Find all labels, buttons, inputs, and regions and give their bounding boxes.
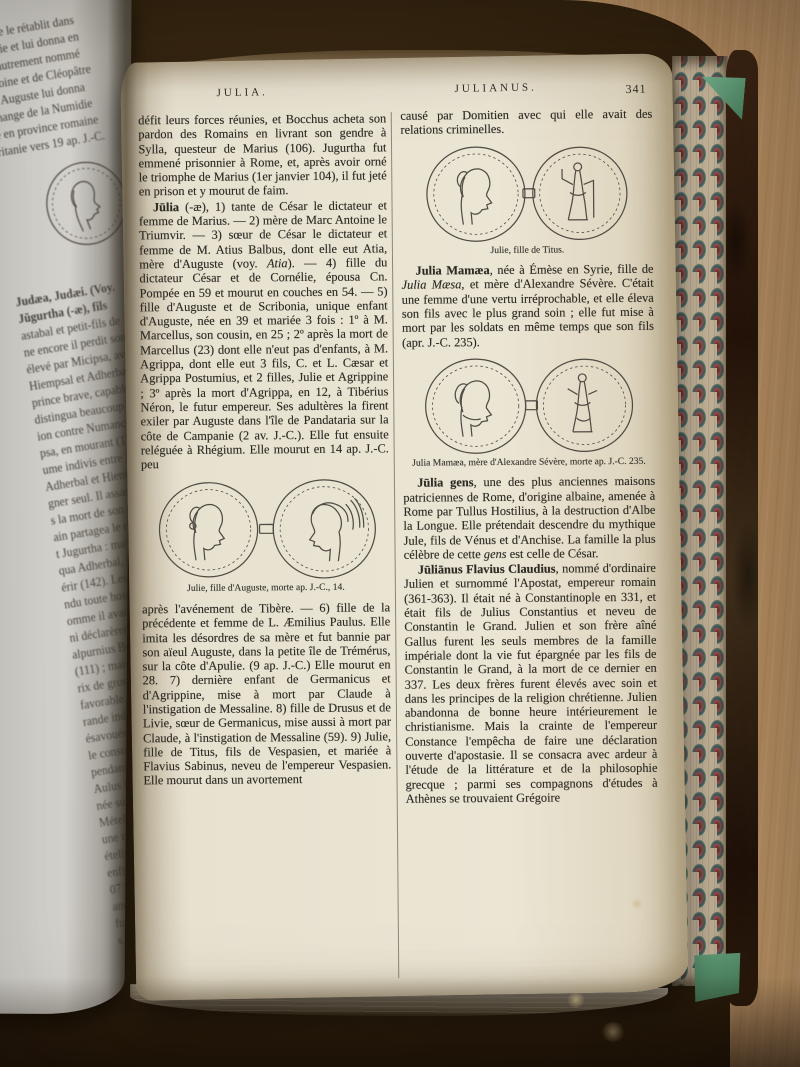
paragraph: après l'avénement de Tibère. — 6) fille … (142, 600, 391, 788)
running-head: JULIA. (216, 86, 268, 99)
left-page-fragments-top: uguste le rétablit dansumidie et lui don… (0, 0, 132, 162)
text-segment: , nommé d'ordinaire Julien et surnommé l… (404, 561, 658, 806)
column-right: causé par Domitien avec qui elle avait d… (400, 107, 657, 807)
coin-pair-mamaea-icon (418, 355, 639, 457)
coin-pair-juba-icon (25, 142, 132, 263)
entry-paragraph-julia: Jūlia (-æ), 1) tante de César le dictate… (139, 198, 389, 472)
text-segment: Julia Mamæa (415, 263, 489, 278)
text-segment: ). — 4) fille du dictateur César et de C… (139, 255, 388, 471)
column-divider (391, 112, 400, 978)
right-page: JULIA. JULIANUS. 341 défit leurs forces … (120, 53, 688, 1000)
coin-pair-julie-titus-icon (420, 143, 635, 245)
text-segment: Atia (267, 256, 288, 270)
text-segment: Jūlia (153, 200, 179, 214)
page-number: 341 (625, 82, 646, 97)
running-head: JULIANUS. (454, 82, 537, 95)
paragraph: défit leurs forces réunies, et Bocchus a… (138, 111, 387, 199)
entry-paragraph-julianus: Jūliānus Flavius Claudius, nommé d'ordin… (404, 561, 658, 806)
entry-paragraph-julia-gens: Jūlia gens, une des plus anciennes maiso… (403, 474, 656, 562)
text-segment: Jūliānus Flavius Claudius (418, 562, 556, 577)
left-page: JUGURTHA. uguste le rétablit dansumidie … (0, 0, 132, 1014)
text-segment: gens (484, 547, 507, 561)
coin-figure-julie-auguste (141, 477, 390, 583)
text-segment: , née à Émèse en Syrie, fille de (490, 262, 654, 277)
figure-caption: Julie, fille de Titus. (407, 243, 647, 256)
book-photo-scene: JUGURTHA. uguste le rétablit dansumidie … (0, 0, 800, 1067)
leather-board-edge (726, 50, 758, 1006)
text-segment: est celle de César. (507, 546, 599, 561)
entry-paragraph-mamaea: Julia Mamæa, née à Émèse en Syrie, fille… (401, 262, 654, 350)
figure-caption: Julia Mamæa, mère d'Alexandre Sévère, mo… (409, 456, 649, 469)
left-page-text: JUGURTHA. uguste le rétablit dansumidie … (0, 0, 132, 949)
text-segment: Julia Mæsa (402, 278, 462, 292)
paragraph: causé par Domitien avec qui elle avait d… (400, 107, 652, 138)
coin-pair-julie-auguste-icon (151, 477, 380, 583)
coin-figure-mamaea (402, 355, 655, 457)
left-page-fragments-bottom: Judæa, Judæi. (Voy.Jŭgurtha (-æ), filsas… (14, 263, 131, 950)
column-left: défit leurs forces réunies, et Bocchus a… (138, 111, 391, 789)
coin-figure-julie-titus (401, 142, 654, 244)
figure-caption: Julie, fille d'Auguste, morte ap. J.-C.,… (148, 582, 384, 595)
text-segment: Jūlia gens (417, 476, 473, 490)
